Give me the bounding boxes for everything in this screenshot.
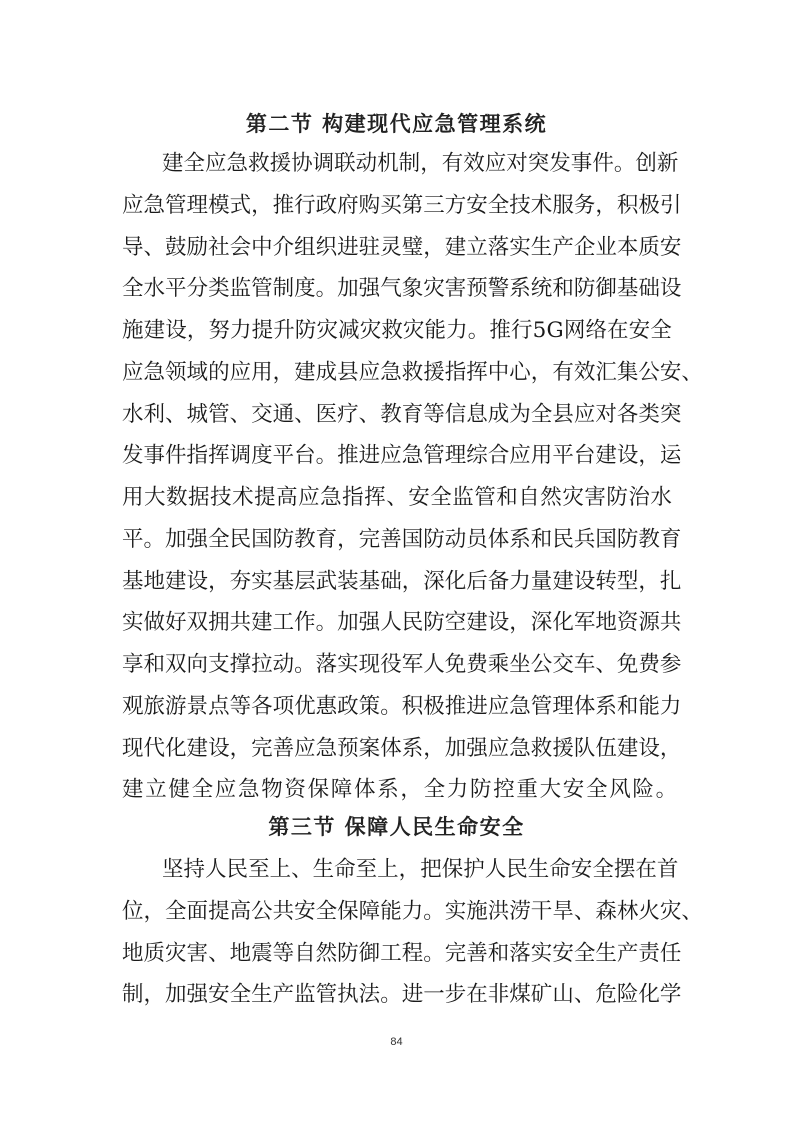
glyph: 组 <box>294 233 316 263</box>
glyph: 完 <box>445 939 467 969</box>
glyph: 建 <box>445 233 467 263</box>
glyph: 管 <box>208 400 230 430</box>
glyph: 和 <box>496 483 518 513</box>
glyph: 动 <box>273 650 295 680</box>
glyph: 挥 <box>208 441 230 471</box>
glyph: 公 <box>251 897 273 927</box>
glyph: 首 <box>657 855 679 885</box>
glyph: 灾 <box>660 897 682 927</box>
glyph: 据 <box>188 483 210 513</box>
glyph: 全 <box>165 897 187 927</box>
glyph: 实 <box>122 608 144 638</box>
glyph: 山 <box>552 980 574 1010</box>
glyph: 力 <box>660 692 682 722</box>
glyph: 有 <box>552 358 574 388</box>
glyph: 灾 <box>165 939 187 969</box>
glyph: 买 <box>380 191 402 221</box>
glyph: 国 <box>251 525 273 555</box>
glyph: 础 <box>638 274 660 304</box>
glyph: 急 <box>402 441 424 471</box>
paragraph-line: 导、鼓励社会中介组织进驻灵璧，建立落实生产企业本质安 <box>122 233 672 263</box>
glyph: 平 <box>552 441 574 471</box>
glyph: 挥 <box>364 483 386 513</box>
glyph: 役 <box>380 650 402 680</box>
glyph: G <box>546 316 563 346</box>
glyph: 矿 <box>531 980 553 1010</box>
glyph: 、 <box>165 400 187 430</box>
glyph: 惠 <box>316 692 338 722</box>
glyph: ， <box>423 233 445 263</box>
glyph: 效 <box>574 358 596 388</box>
glyph: 产 <box>552 233 574 263</box>
glyph: 学 <box>660 980 682 1010</box>
glyph: 大 <box>144 483 166 513</box>
glyph: 灾 <box>316 316 338 346</box>
glyph: 后 <box>466 567 488 597</box>
glyph: 安 <box>660 233 682 263</box>
glyph: 平 <box>273 441 295 471</box>
glyph: 和 <box>488 939 510 969</box>
glyph: 把 <box>420 855 442 885</box>
glyph: 基 <box>359 567 381 597</box>
glyph: 实 <box>531 939 553 969</box>
glyph: 安 <box>408 483 430 513</box>
glyph: 统 <box>531 274 553 304</box>
glyph: 集 <box>617 358 639 388</box>
glyph: 安 <box>552 939 574 969</box>
glyph: 双 <box>187 608 209 638</box>
paragraph-line: 现代化建设，完善应急预案体系，加强应急救援队伍建设， <box>122 734 672 764</box>
glyph: 社 <box>208 233 230 263</box>
paragraph-line: 实做好双拥共建工作。加强人民防空建设，深化军地资源共 <box>122 608 672 638</box>
glyph: 用 <box>531 441 553 471</box>
glyph: 。 <box>380 692 402 722</box>
glyph: 第 <box>402 191 424 221</box>
glyph: 加 <box>337 608 359 638</box>
glyph: 和 <box>617 692 639 722</box>
glyph: 治 <box>628 483 650 513</box>
glyph: 地 <box>144 567 166 597</box>
glyph: 急 <box>320 483 342 513</box>
glyph: 在 <box>635 855 657 885</box>
glyph: 。 <box>316 274 338 304</box>
glyph: 服 <box>552 191 574 221</box>
glyph: 术 <box>232 483 254 513</box>
glyph: 全 <box>122 274 144 304</box>
glyph: 防 <box>606 483 628 513</box>
glyph: 教 <box>294 525 316 555</box>
glyph: 上 <box>377 855 399 885</box>
glyph: 自 <box>294 939 316 969</box>
glyph: ， <box>230 734 252 764</box>
glyph: 象 <box>402 274 424 304</box>
glyph: 做 <box>144 608 166 638</box>
glyph: 、 <box>294 400 316 430</box>
glyph: 享 <box>122 650 144 680</box>
glyph: 现 <box>122 734 144 764</box>
glyph: 落 <box>316 650 338 680</box>
glyph: 步 <box>445 980 467 1010</box>
glyph: 法 <box>359 980 381 1010</box>
glyph: 政 <box>316 191 338 221</box>
glyph: 设 <box>660 274 682 304</box>
glyph: 生 <box>313 855 335 885</box>
glyph: 引 <box>660 191 682 221</box>
glyph: 、 <box>359 400 381 430</box>
glyph: 实 <box>445 897 467 927</box>
glyph: 础 <box>380 567 402 597</box>
glyph: 机 <box>377 149 399 179</box>
paragraph-line: 基地建设，夯实基层武装基础，深化后备力量建设转型，扎 <box>122 567 672 597</box>
glyph: 灵 <box>380 233 402 263</box>
glyph: 化 <box>552 608 574 638</box>
glyph: 深 <box>531 608 553 638</box>
glyph: 公 <box>638 358 660 388</box>
glyph: 然 <box>540 483 562 513</box>
glyph: 、 <box>291 855 313 885</box>
glyph: 持 <box>184 855 206 885</box>
glyph: 推 <box>445 692 467 722</box>
glyph: 强 <box>359 274 381 304</box>
glyph: ， <box>509 608 531 638</box>
glyph: 质 <box>144 939 166 969</box>
glyph: 责 <box>638 939 660 969</box>
glyph: 制 <box>122 980 144 1010</box>
glyph: 分 <box>187 274 209 304</box>
glyph: 援 <box>270 149 292 179</box>
glyph: 摆 <box>614 855 636 885</box>
glyph: 御 <box>595 274 617 304</box>
glyph: 指 <box>342 483 364 513</box>
glyph: 落 <box>488 233 510 263</box>
glyph: 三 <box>423 191 445 221</box>
glyph: 拥 <box>208 608 230 638</box>
glyph: 防 <box>617 525 639 555</box>
glyph: 资 <box>617 608 639 638</box>
glyph: 发 <box>549 149 571 179</box>
glyph: 地 <box>230 939 252 969</box>
glyph: 中 <box>251 233 273 263</box>
glyph: 点 <box>208 692 230 722</box>
glyph: 预 <box>466 274 488 304</box>
glyph: 建 <box>617 734 639 764</box>
glyph: ， <box>144 897 166 927</box>
glyph: 、 <box>681 358 703 388</box>
glyph: 用 <box>251 358 273 388</box>
glyph: 等 <box>423 400 445 430</box>
glyph: 挥 <box>466 358 488 388</box>
glyph: 高 <box>230 897 252 927</box>
glyph: 生 <box>531 233 553 263</box>
glyph: 成 <box>316 358 338 388</box>
glyph: 安 <box>571 855 593 885</box>
glyph: 系 <box>595 692 617 722</box>
paragraph-line: 地质灾害、地震等自然防御工程。完善和落实安全生产责任 <box>122 939 672 969</box>
glyph: 动 <box>445 525 467 555</box>
glyph: 极 <box>423 692 445 722</box>
glyph: 心 <box>509 358 531 388</box>
glyph: 应 <box>574 400 596 430</box>
glyph: 力 <box>230 316 252 346</box>
glyph: 共 <box>273 897 295 927</box>
glyph: 理 <box>445 441 467 471</box>
glyph: 调 <box>313 149 335 179</box>
glyph: 游 <box>165 692 187 722</box>
glyph: 程 <box>402 939 424 969</box>
glyph: 利 <box>144 400 166 430</box>
glyph: 费 <box>638 650 660 680</box>
glyph: 代 <box>144 734 166 764</box>
glyph: 急 <box>144 358 166 388</box>
glyph: 努 <box>208 316 230 346</box>
glyph: 力 <box>402 897 424 927</box>
glyph: 援 <box>552 734 574 764</box>
glyph: 。 <box>380 980 402 1010</box>
glyph: 管 <box>316 980 338 1010</box>
glyph: 强 <box>187 980 209 1010</box>
glyph: 善 <box>273 734 295 764</box>
glyph: 源 <box>638 608 660 638</box>
glyph: 援 <box>423 358 445 388</box>
glyph: 合 <box>488 441 510 471</box>
glyph: 建 <box>466 608 488 638</box>
glyph: 扎 <box>660 567 682 597</box>
glyph: 警 <box>488 274 510 304</box>
glyph: 双 <box>165 650 187 680</box>
glyph: 急 <box>380 358 402 388</box>
glyph: 减 <box>338 316 360 346</box>
glyph: 装 <box>337 567 359 597</box>
glyph: 全 <box>531 400 553 430</box>
glyph: 网 <box>564 316 586 346</box>
glyph: 教 <box>638 525 660 555</box>
glyph: 指 <box>187 441 209 471</box>
glyph: 灾 <box>403 316 425 346</box>
glyph: 完 <box>359 525 381 555</box>
glyph: 作 <box>294 608 316 638</box>
glyph: 织 <box>316 233 338 263</box>
glyph: 平 <box>122 525 144 555</box>
glyph: 技 <box>509 191 531 221</box>
glyph: 中 <box>488 358 510 388</box>
glyph: 军 <box>574 608 596 638</box>
glyph: 好 <box>165 608 187 638</box>
glyph: 、 <box>574 897 596 927</box>
glyph: 安 <box>466 191 488 221</box>
glyph: 调 <box>230 441 252 471</box>
glyph: 鼓 <box>165 233 187 263</box>
glyph: 育 <box>660 525 682 555</box>
glyph: 救 <box>402 358 424 388</box>
glyph: 全 <box>650 316 672 346</box>
glyph: 县 <box>552 400 574 430</box>
glyph: 交 <box>552 650 574 680</box>
glyph: 产 <box>617 939 639 969</box>
glyph: 应 <box>488 692 510 722</box>
glyph: 命 <box>334 855 356 885</box>
glyph: 提 <box>254 483 276 513</box>
glyph: 积 <box>617 191 639 221</box>
glyph: 动 <box>356 149 378 179</box>
glyph: 的 <box>208 358 230 388</box>
glyph: ， <box>638 441 660 471</box>
glyph: 地 <box>122 939 144 969</box>
glyph: 管 <box>531 692 553 722</box>
glyph: 层 <box>294 567 316 597</box>
glyph: 在 <box>607 316 629 346</box>
glyph: 实 <box>251 567 273 597</box>
glyph: 化 <box>445 567 467 597</box>
glyph: 对 <box>595 400 617 430</box>
glyph: 免 <box>617 650 639 680</box>
glyph: 类 <box>638 400 660 430</box>
glyph: 。 <box>144 525 166 555</box>
glyph: 系 <box>509 274 531 304</box>
glyph: 实 <box>337 650 359 680</box>
glyph: 安 <box>294 897 316 927</box>
glyph: 事 <box>144 441 166 471</box>
glyph: 项 <box>273 692 295 722</box>
glyph: 命 <box>549 855 571 885</box>
glyph: 执 <box>337 980 359 1010</box>
glyph: 效 <box>463 149 485 179</box>
glyph: 进 <box>402 980 424 1010</box>
glyph: 发 <box>122 441 144 471</box>
glyph: 救 <box>381 316 403 346</box>
glyph: 建 <box>162 149 184 179</box>
glyph: 民 <box>227 855 249 885</box>
glyph: ， <box>251 191 273 221</box>
glyph: ， <box>638 567 660 597</box>
paragraph-line: 建全应急救援协调联动机制，有效应对突发事件。创新 <box>162 149 672 179</box>
glyph: 防 <box>273 525 295 555</box>
glyph: 保 <box>442 855 464 885</box>
glyph: 拉 <box>251 650 273 680</box>
glyph: 险 <box>617 980 639 1010</box>
glyph: 善 <box>380 525 402 555</box>
glyph: 自 <box>518 483 540 513</box>
glyph: 国 <box>402 525 424 555</box>
paragraph-line: 建立健全应急物资保障体系，全力防控重大安全风险。 <box>122 775 672 805</box>
glyph: 向 <box>187 650 209 680</box>
glyph: 设 <box>208 734 230 764</box>
glyph: 设 <box>638 734 660 764</box>
glyph: 、 <box>595 650 617 680</box>
glyph: 交 <box>251 400 273 430</box>
glyph: 应 <box>485 149 507 179</box>
glyph: 人 <box>380 608 402 638</box>
paragraph-line: 享和双向支撑拉动。落实现役军人免费乘坐公交车、免费参 <box>122 650 672 680</box>
glyph: 建 <box>294 358 316 388</box>
glyph: 上 <box>270 855 292 885</box>
glyph: 系 <box>509 525 531 555</box>
glyph: 联 <box>334 149 356 179</box>
glyph: 质 <box>638 233 660 263</box>
glyph: 应 <box>122 358 144 388</box>
glyph: 监 <box>294 980 316 1010</box>
glyph: 生 <box>251 980 273 1010</box>
glyph: 度 <box>251 441 273 471</box>
glyph: 升 <box>273 316 295 346</box>
glyph: 案 <box>359 734 381 764</box>
glyph: 协 <box>291 149 313 179</box>
glyph: 理 <box>552 692 574 722</box>
glyph: 设 <box>187 567 209 597</box>
glyph: 事 <box>571 149 593 179</box>
glyph: 防 <box>423 608 445 638</box>
glyph: 能 <box>638 692 660 722</box>
glyph: 推 <box>273 191 295 221</box>
glyph: 旅 <box>144 692 166 722</box>
glyph: 基 <box>273 567 295 597</box>
glyph: 旱 <box>552 897 574 927</box>
glyph: 设 <box>165 316 187 346</box>
glyph: 驻 <box>359 233 381 263</box>
glyph: 转 <box>595 567 617 597</box>
glyph: 疗 <box>337 400 359 430</box>
glyph: 应 <box>359 358 381 388</box>
glyph: 数 <box>166 483 188 513</box>
glyph: 突 <box>528 149 550 179</box>
glyph: 强 <box>359 608 381 638</box>
glyph: 教 <box>380 400 402 430</box>
section-heading-3: 第三节 保障人民生命安全 <box>0 812 793 842</box>
glyph: 急 <box>509 692 531 722</box>
glyph: 工 <box>380 939 402 969</box>
glyph: 至 <box>356 855 378 885</box>
glyph: 完 <box>251 734 273 764</box>
glyph: 进 <box>466 692 488 722</box>
glyph: 各 <box>251 692 273 722</box>
glyph: 加 <box>165 525 187 555</box>
glyph: 水 <box>122 400 144 430</box>
paragraph-line: 坚持人民至上、生命至上，把保护人民生命安全摆在首 <box>162 855 672 885</box>
glyph: 坚 <box>162 855 184 885</box>
glyph: 伍 <box>595 734 617 764</box>
glyph: 防 <box>423 525 445 555</box>
glyph: 和 <box>552 274 574 304</box>
glyph: 安 <box>208 980 230 1010</box>
glyph: 极 <box>638 191 660 221</box>
glyph: 全 <box>230 980 252 1010</box>
glyph: 育 <box>402 400 424 430</box>
glyph: 等 <box>273 939 295 969</box>
glyph: 应 <box>230 358 252 388</box>
glyph: 能 <box>425 316 447 346</box>
glyph: 坐 <box>509 650 531 680</box>
glyph: 人 <box>423 650 445 680</box>
paragraph-line: 用大数据技术提高应急指挥、安全监管和自然灾害防治水 <box>122 483 672 513</box>
glyph: 类 <box>208 274 230 304</box>
glyph: 方 <box>445 191 467 221</box>
glyph: 全 <box>592 855 614 885</box>
paragraph-line: 平。加强全民国防教育，完善国防动员体系和民兵国防教育 <box>122 525 672 555</box>
glyph: ， <box>660 734 682 764</box>
glyph: 乘 <box>488 650 510 680</box>
section-heading-2: 第二节 构建现代应急管理系统 <box>0 109 793 139</box>
glyph: 工 <box>273 608 295 638</box>
glyph: 全 <box>316 897 338 927</box>
glyph: 业 <box>595 233 617 263</box>
glyph: 和 <box>144 650 166 680</box>
glyph: 系 <box>402 734 424 764</box>
glyph: 地 <box>595 608 617 638</box>
glyph: 防 <box>295 316 317 346</box>
glyph: 应 <box>205 149 227 179</box>
glyph: 指 <box>445 358 467 388</box>
glyph: 综 <box>466 441 488 471</box>
glyph: 创 <box>635 149 657 179</box>
